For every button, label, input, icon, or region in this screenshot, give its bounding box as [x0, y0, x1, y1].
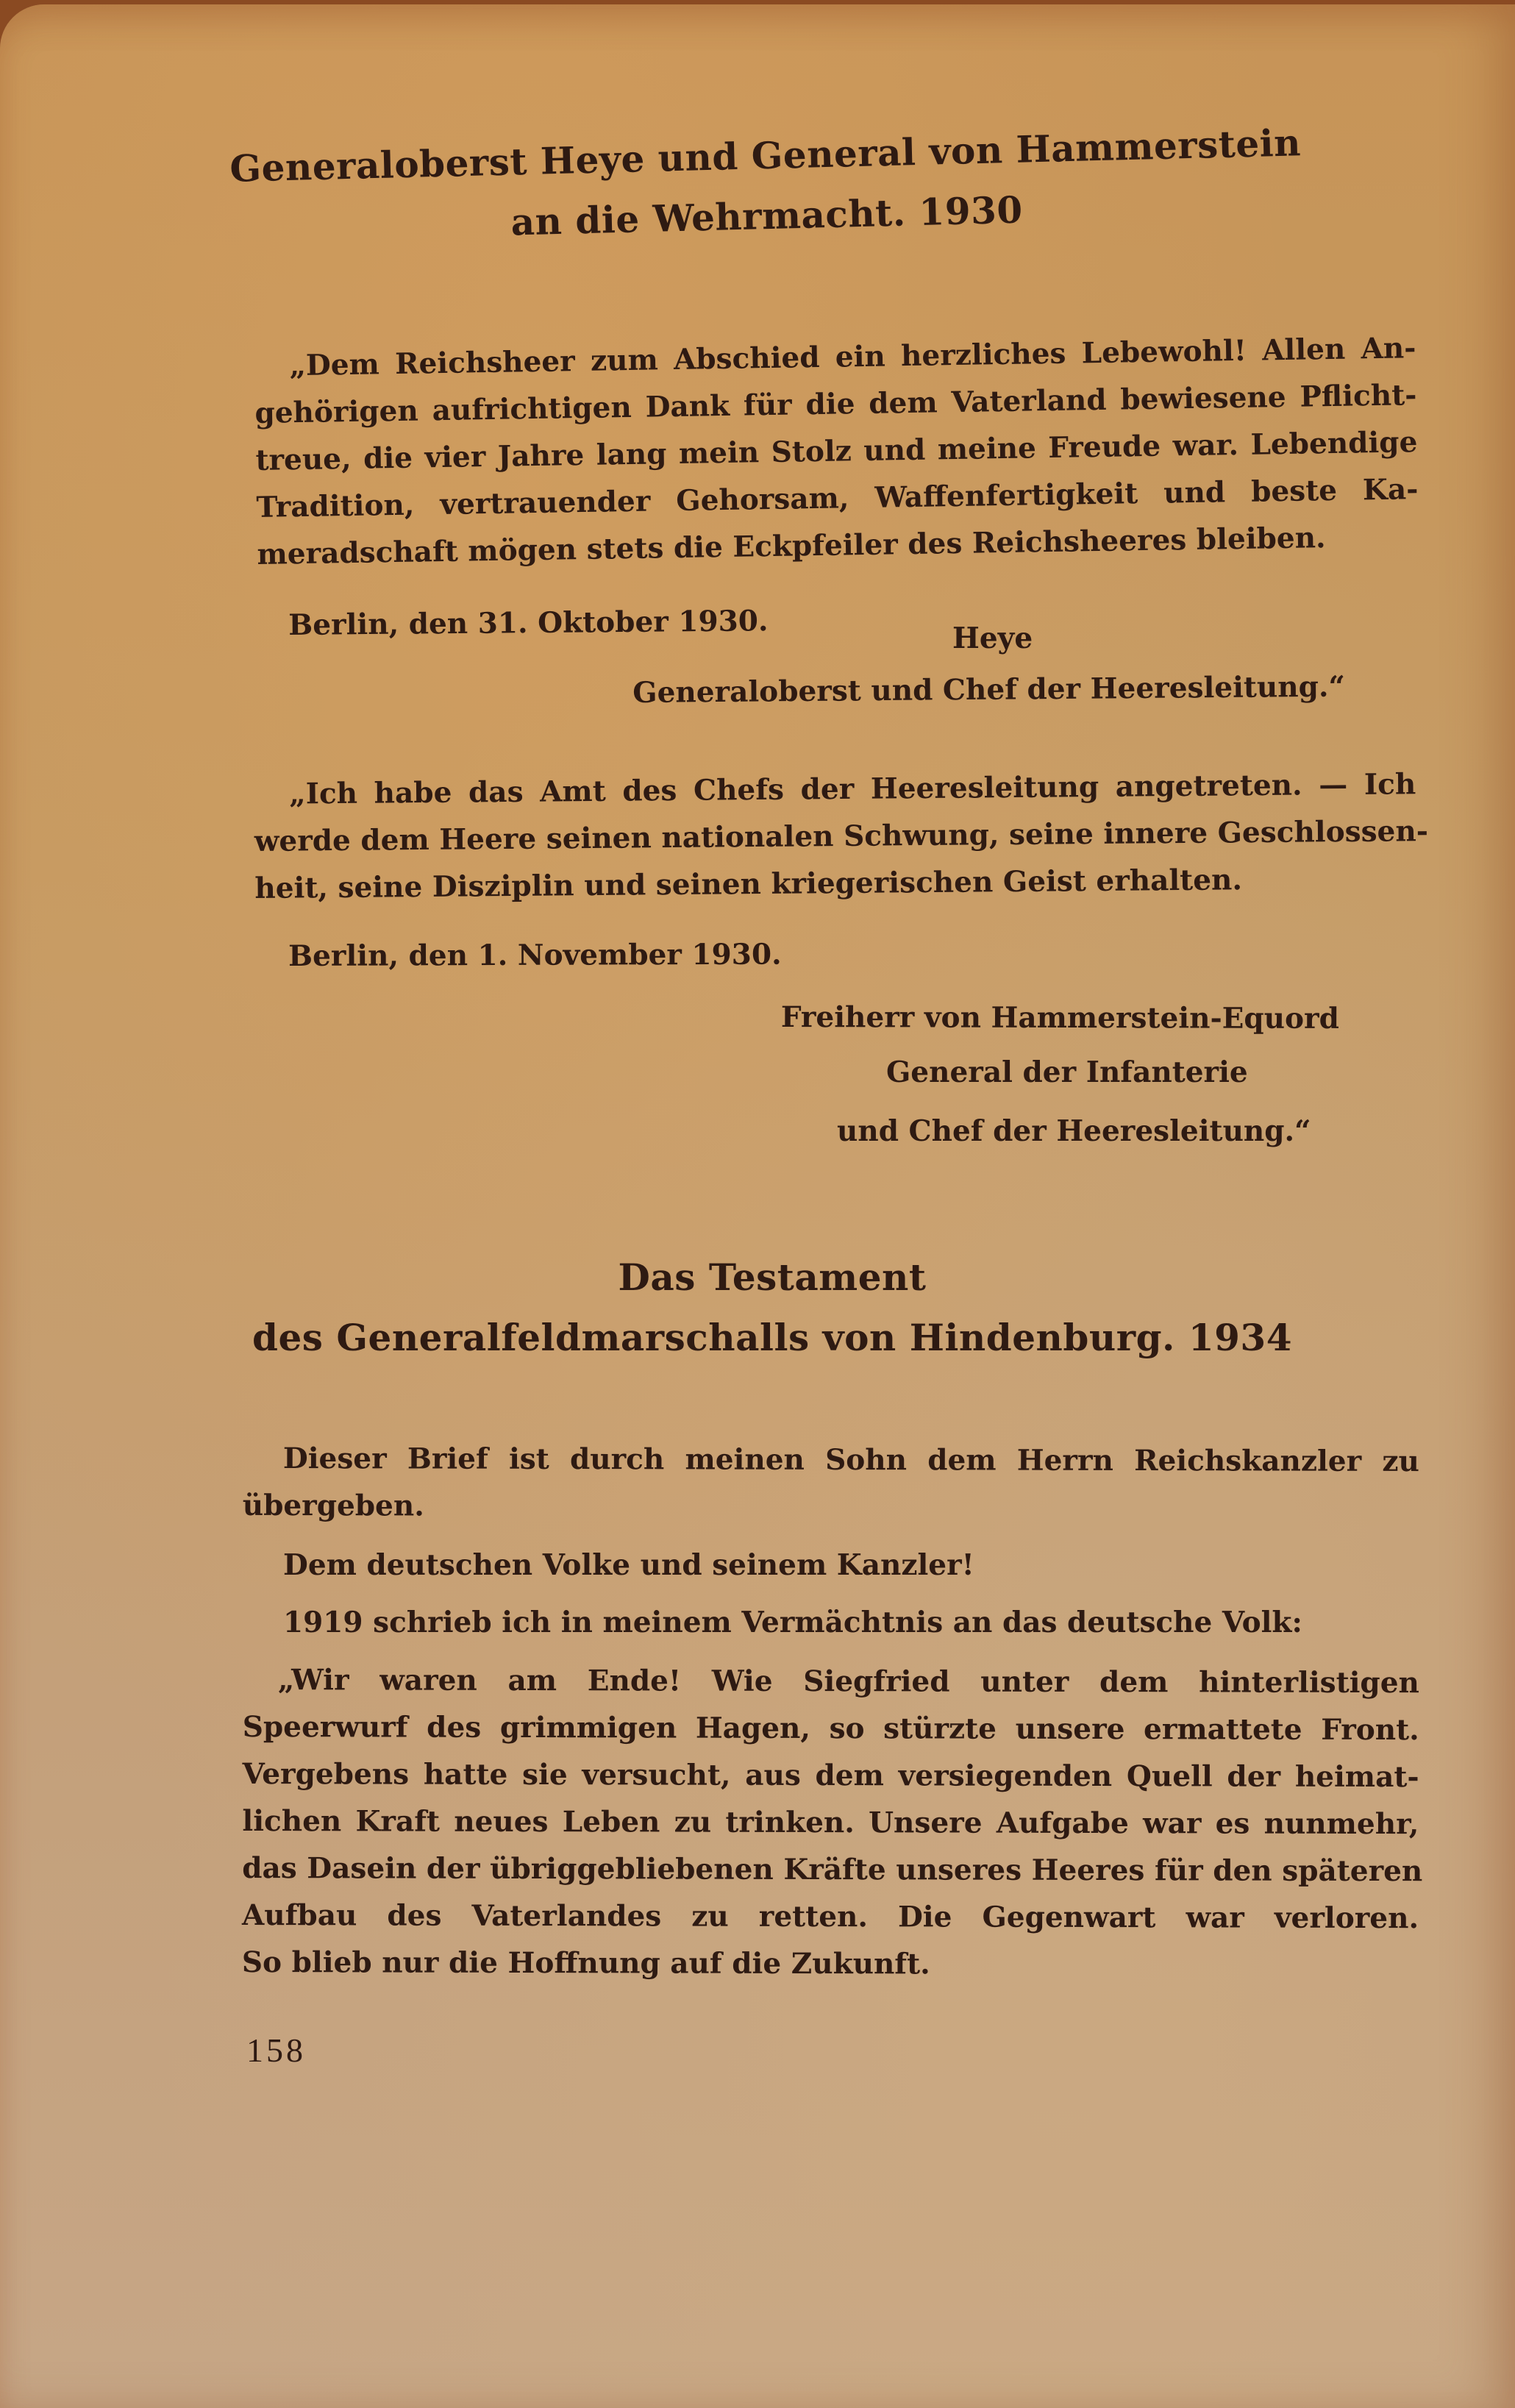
hammerstein-signature-name: Freiherr von Hammerstein-Equord — [781, 994, 1339, 1042]
book-page: Generaloberst Heye und General von Hamme… — [0, 4, 1515, 2408]
text-line: lichen Kraft neues Leben zu trinken. Uns… — [242, 1798, 1419, 1848]
hammerstein-signature-rank: General der Infanterie — [886, 1049, 1248, 1096]
text-line: „Wir waren am Ende! Wie Siegfried unter … — [243, 1656, 1419, 1706]
text-line: übergeben. — [243, 1482, 1419, 1532]
text-line: Aufbau des Vaterlandes zu retten. Die Ge… — [242, 1892, 1419, 1942]
heye-message: „Dem Reichsheer zum Abschied ein herzlic… — [254, 324, 1419, 578]
hammerstein-signature-title: und Chef der Heeresleitung.“ — [837, 1108, 1311, 1155]
text-line: Vergebens hatte sie versucht, aus dem ve… — [242, 1750, 1419, 1800]
heye-signature-name: Heye — [952, 615, 1033, 662]
hammerstein-dateline: Berlin, den 1. November 1930. — [288, 931, 782, 980]
testament-salutation: Dem deutschen Volke und seinem Kanzler! — [283, 1542, 974, 1589]
section2-title-line: des Generalfeldmarschalls von Hindenburg… — [29, 1308, 1515, 1368]
testament-intro: Dieser Brief ist durch meinen Sohn dem H… — [283, 1435, 1419, 1532]
heye-signature-title: Generaloberst und Chef der Heeresleitung… — [632, 663, 1345, 716]
text-line: das Dasein der übriggebliebenen Kräfte u… — [242, 1845, 1419, 1895]
testament-statement: 1919 schrieb ich in meinem Vermächtnis a… — [283, 1599, 1302, 1646]
text-line: heit, seine Disziplin und seinen krieger… — [254, 855, 1416, 912]
text-line: So blieb nur die Hoffnung auf die Zukunf… — [242, 1939, 1419, 1989]
section2-title-line: Das Testament — [29, 1247, 1515, 1308]
show-through-text — [353, 975, 363, 1027]
hammerstein-message: „Ich habe das Amt des Chefs der Heeresle… — [254, 760, 1417, 912]
heye-dateline: Berlin, den 31. Oktober 1930. — [288, 597, 769, 649]
text-line: Dieser Brief ist durch meinen Sohn dem H… — [283, 1435, 1419, 1485]
testament-quote: „Wir waren am Ende! Wie Siegfried unter … — [242, 1656, 1419, 1989]
section1-title: Generaloberst Heye und General von Hamme… — [15, 107, 1515, 265]
section2-title: Das Testament des Generalfeldmarschalls … — [29, 1247, 1515, 1368]
page-number: 158 — [246, 2031, 306, 2070]
text-line: Speerwurf des grimmigen Hagen, so stürzt… — [243, 1703, 1419, 1753]
